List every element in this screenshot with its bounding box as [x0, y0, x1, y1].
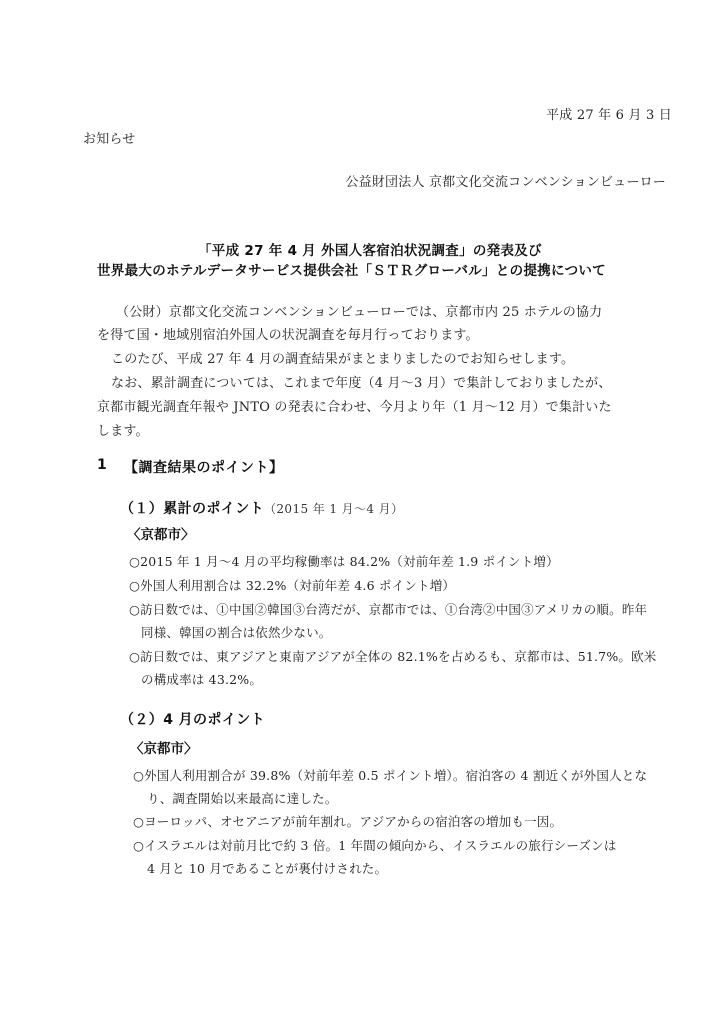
document-date: 平成 27 年 6 月 3 日	[372, 104, 672, 123]
intro-line-4: なお、累計調査については、これまで年度（4 月～3 月）で集計しておりましたが、	[111, 372, 612, 391]
subsection-1-bullet-3: ○訪日数では、①中国②韓国③台湾だが、京都市では、①台湾②中国③アメリカの順。昨…	[129, 600, 647, 618]
subsection-2-bullet-1: ○外国人利用割合が 39.8%（対前年差 0.5 ポイント増）。宿泊客の 4 割…	[133, 766, 647, 784]
subsection-2-heading: （２）4 月のポイント	[120, 709, 265, 729]
subsection-1-bullet-1: ○2015 年 1 月～4 月の平均稼働率は 84.2%（対前年差 1.9 ポイ…	[129, 552, 559, 570]
section-1-heading: 【調査結果のポイント】	[124, 457, 284, 477]
subsection-1-bullet-4-cont: の構成率は 43.2%。	[141, 670, 262, 688]
organization-name: 公益財団法人 京都文化交流コンベンションビューロー	[266, 171, 666, 190]
intro-line-5: 京都市観光調査年報や JNTO の発表に合わせ、今月より年（1 月～12 月）で…	[97, 396, 612, 415]
subsection-2-bullet-3-cont: 4 月と 10 月であることが裏付けされた。	[147, 859, 387, 877]
subsection-1-title: （１）累計のポイント	[120, 501, 264, 517]
subsection-1-bullet-3-cont: 同様、韓国の割合は依然少ない。	[141, 623, 332, 641]
subsection-2-city: 〈京都市〉	[130, 737, 198, 757]
subsection-1-heading: （１）累計のポイント（2015 年 1 月～4 月）	[120, 498, 403, 518]
subsection-2-bullet-3: ○イスラエルは対前月比で約 3 倍。1 年間の傾向から、イスラエルの旅行シーズン…	[133, 836, 617, 854]
section-1-number: 1	[97, 457, 107, 473]
subsection-1-bullet-2: ○外国人利用割合は 32.2%（対前年差 4.6 ポイント増）	[129, 576, 455, 594]
intro-line-2: を得て国・地域別宿泊外国人の状況調査を毎月行っております。	[97, 324, 479, 343]
subsection-1-period: （2015 年 1 月～4 月）	[264, 502, 403, 516]
subsection-2-bullet-2: ○ヨーロッパ、オセアニアが前年割れ。アジアからの宿泊客の増加も一因。	[133, 812, 562, 830]
title-line-1: 「平成 27 年 4 月 外国人客宿泊状況調査」の発表及び	[198, 239, 542, 259]
title-line-2: 世界最大のホテルデータサービス提供会社「ＳＴＲグローバル」との提携について	[97, 259, 606, 279]
document-page: 平成 27 年 6 月 3 日 お知らせ 公益財団法人 京都文化交流コンベンショ…	[0, 0, 724, 1024]
notice-label: お知らせ	[83, 128, 135, 147]
subsection-1-bullet-4: ○訪日数では、東アジアと東南アジアが全体の 82.1%を占めるも、京都市は、51…	[129, 647, 657, 665]
intro-line-1: （公財）京都文化交流コンベンションビューローでは、京都市内 25 ホテルの協力	[116, 301, 602, 320]
subsection-1-city: 〈京都市〉	[127, 523, 195, 543]
subsection-2-bullet-1-cont: り、調査開始以来最高に達した。	[147, 789, 338, 807]
intro-line-6: します。	[97, 420, 149, 439]
intro-line-3: このたび、平成 27 年 4 月の調査結果がまとまりましたのでお知らせします。	[111, 348, 574, 367]
